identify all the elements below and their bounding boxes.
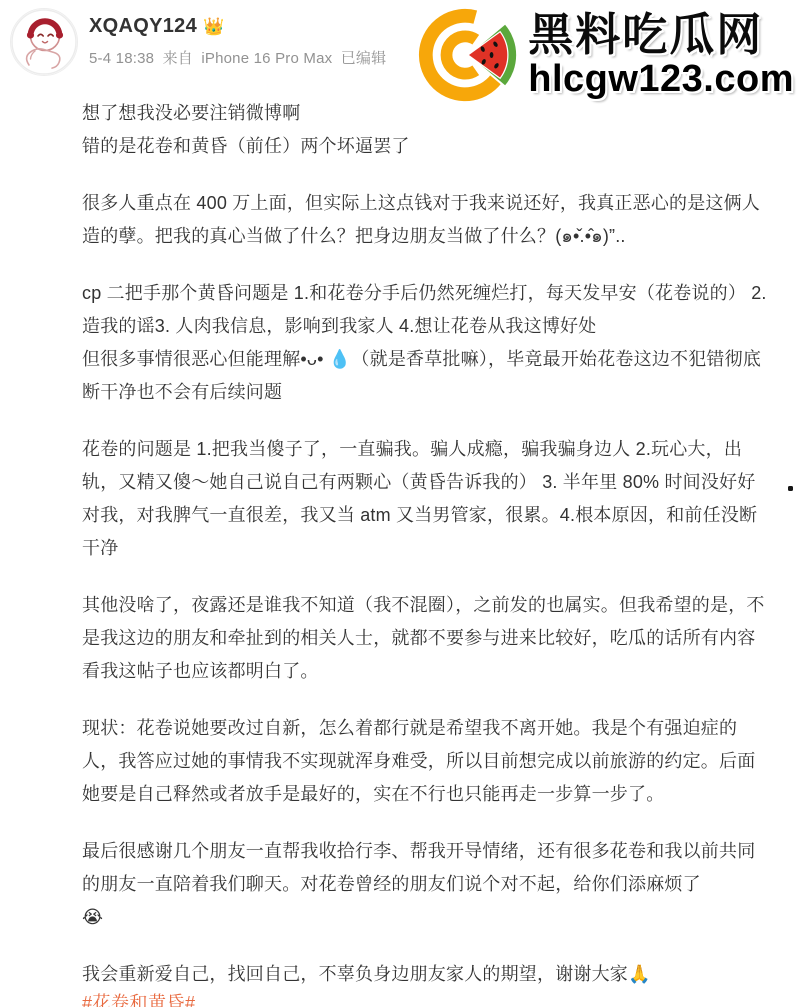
post-source-label: 来自	[163, 50, 193, 67]
username[interactable]: XQAQY124	[89, 15, 197, 37]
truncated-hashtag-link[interactable]: #花卷和黄昏#	[82, 992, 196, 1007]
post-paragraph: 现状：花卷说她要改过自新，怎么着都行就是希望我不离开她。我是个有强迫症的人，我答…	[82, 712, 772, 811]
weibo-post-page: XQAQY124👑 5-4 18:38 来自 iPhone 16 Pro Max…	[0, 0, 800, 1007]
watermark-text: 黑料吃瓜网 hlcgw123.com	[528, 12, 794, 98]
post-timestamp: 5-4 18:38	[89, 50, 154, 67]
post-paragraph: 想了想我没必要注销微博啊 错的是花卷和黄昏（前任）两个坏逼罢了	[82, 97, 772, 163]
stray-dot	[788, 486, 793, 491]
post-paragraph: 最后很感谢几个朋友一直帮我收拾行李、帮我开导情绪，还有很多花卷和我以前共同的朋友…	[82, 835, 772, 934]
post-meta: 5-4 18:38 来自 iPhone 16 Pro Max 已编辑	[89, 47, 390, 68]
post-content: 想了想我没必要注销微博啊 错的是花卷和黄昏（前任）两个坏逼罢了 很多人重点在 4…	[82, 97, 772, 1007]
avatar[interactable]	[10, 8, 78, 76]
crown-badge-icon: 👑	[203, 17, 224, 36]
post-paragraph: 花卷的问题是 1.把我当傻子了，一直骗我。骗人成瘾，骗我骗身边人 2.玩心大，出…	[82, 433, 772, 565]
watermark-site-name: 黑料吃瓜网	[528, 12, 763, 58]
identity-block: XQAQY124👑 5-4 18:38 来自 iPhone 16 Pro Max…	[89, 8, 390, 76]
watermark-site-url: hlcgw123.com	[528, 60, 794, 98]
post-paragraph: 很多人重点在 400 万上面，但实际上这点钱对于我来说还好，我真正恶心的是这俩人…	[82, 187, 772, 253]
post-paragraph: 其他没啥了，夜露还是谁我不知道（我不混圈），之前发的也属实。但我希望的是，不是我…	[82, 589, 772, 688]
edited-badge: 已编辑	[341, 50, 387, 67]
post-source-device: iPhone 16 Pro Max	[201, 50, 332, 67]
post-header: XQAQY124👑 5-4 18:38 来自 iPhone 16 Pro Max…	[10, 8, 390, 76]
watermelon-logo-icon	[418, 4, 520, 106]
avatar-drawing-icon	[11, 9, 77, 75]
post-paragraph: 我会重新爱自己，找回自己，不辜负身边朋友家人的期望，谢谢大家🙏	[82, 958, 772, 991]
site-watermark: 黑料吃瓜网 hlcgw123.com	[418, 4, 794, 106]
post-paragraph: cp 二把手那个黄昏问题是 1.和花卷分手后仍然死缠烂打，每天发早安（花卷说的）…	[82, 277, 772, 409]
